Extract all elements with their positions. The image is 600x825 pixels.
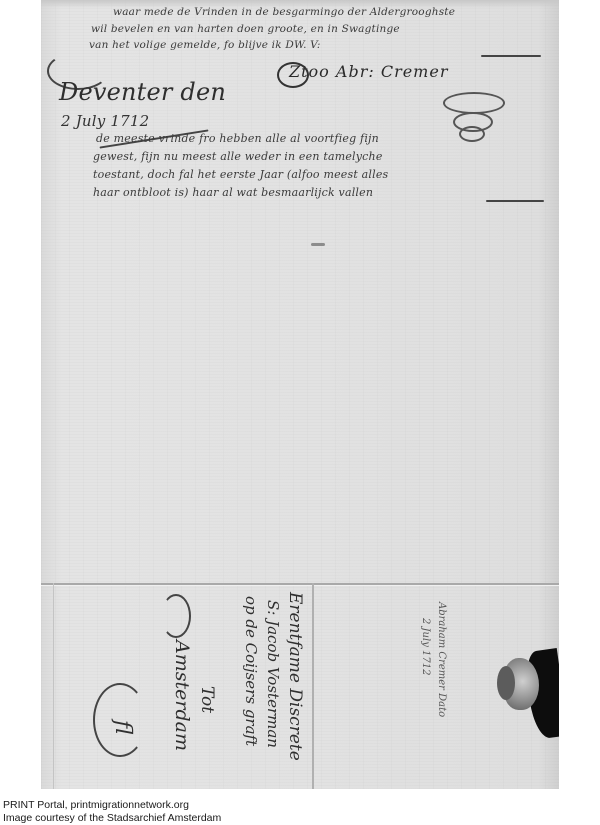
left-edge-fold: [53, 583, 54, 789]
letter-line-1: waar mede de Vrinden in de besgarmingo d…: [113, 6, 455, 18]
address-line-4: Tot: [197, 686, 217, 713]
letter-line-3: van het volige gemelde, fo blijve ik DW.…: [89, 39, 321, 51]
signature: Ztoo Abr: Cremer: [289, 62, 448, 81]
letter-scan: waar mede de Vrinden in de besgarmingo d…: [41, 0, 559, 789]
postscript-line-4: haar ontbloot is) haar al wat besmaarlij…: [93, 186, 373, 199]
address-line-1: Erentfame Discrete: [285, 592, 305, 761]
ornament-flourish-1: [443, 92, 505, 114]
postal-mark: fl: [110, 720, 135, 735]
signature-flourish: [277, 62, 309, 88]
address-line-3: op de Coijsers graft: [242, 596, 260, 746]
postscript-line-1: de meeste vrinde fro hebben alle al voor…: [96, 132, 379, 145]
postscript-line-2: gewest, fijn nu meest alle weder in een …: [93, 150, 383, 163]
image-credit: PRINT Portal, printmigrationnetwork.org …: [3, 799, 221, 824]
ornament-flourish-3: [459, 126, 485, 142]
letter-date: 2 July 1712: [61, 112, 149, 130]
vertical-fold: [312, 583, 314, 789]
wax-seal-mid: [497, 666, 515, 700]
wax-seal: [501, 650, 559, 740]
docket-line-1: Abraham Cremer Dato: [436, 602, 447, 717]
credit-line-portal: PRINT Portal, printmigrationnetwork.org: [3, 799, 221, 812]
postscript-underline: [486, 200, 544, 202]
address-line-2: S: Jacob Vosterman: [264, 600, 282, 748]
ink-blot: [311, 243, 325, 246]
place-heading: Deventer den: [59, 78, 226, 106]
postscript-line-3: toestant, doch fal het eerste Jaar (alfo…: [93, 168, 388, 181]
underline-mark: [481, 55, 541, 57]
credit-line-archive: Image courtesy of the Stadsarchief Amste…: [3, 812, 221, 825]
horizontal-fold: [41, 583, 559, 585]
address-flourish: [161, 594, 191, 638]
docket-line-2: 2 July 1712: [420, 618, 431, 675]
address-line-5: Amsterdam: [171, 640, 193, 751]
letter-line-2: wil bevelen en van harten doen groote, e…: [91, 23, 400, 35]
